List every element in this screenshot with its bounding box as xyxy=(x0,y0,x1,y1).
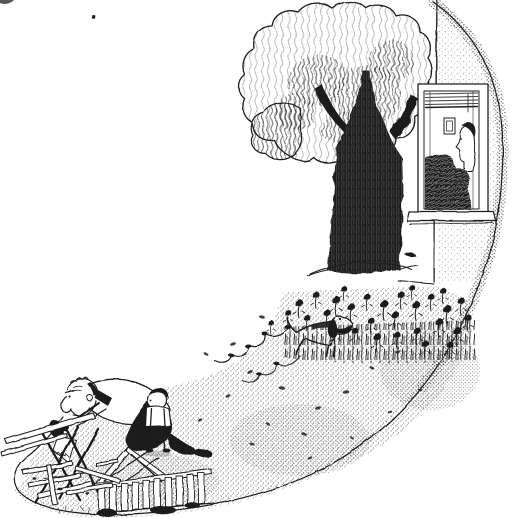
ink-speck xyxy=(92,15,96,19)
corner-smudge xyxy=(0,0,14,4)
boy-eye xyxy=(150,400,152,402)
dog-eye xyxy=(339,318,341,320)
base-shadow xyxy=(97,509,117,517)
window xyxy=(407,84,496,224)
boy-shoe xyxy=(163,449,171,453)
man-eye xyxy=(68,395,70,397)
base-shadow xyxy=(150,506,176,514)
person-eye xyxy=(460,138,462,140)
boy-shirt xyxy=(146,407,171,427)
cartoon-illustration: Backyard Doghouse Cartoon xyxy=(0,0,520,518)
man-head xyxy=(66,383,94,411)
wood-scrap xyxy=(86,493,90,495)
tree xyxy=(238,2,434,284)
wood-scrap xyxy=(58,488,63,491)
wood-scrap xyxy=(32,477,36,479)
grass-band xyxy=(281,320,476,363)
path-shade-patch xyxy=(230,404,370,476)
base-shadow xyxy=(184,502,200,508)
illustration-canvas: Backyard Doghouse Cartoon xyxy=(0,0,520,518)
